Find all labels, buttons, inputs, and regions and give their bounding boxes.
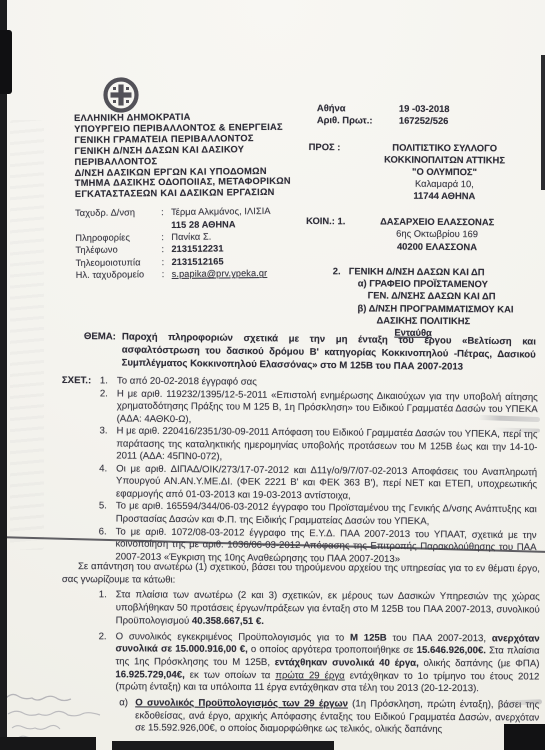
cc-lines: ΔΑΣΑΡΧΕΙΟ ΕΛΑΣΣΟΝΑΣ 6ης Οκτωβρίου 169 40… bbox=[358, 215, 516, 253]
item-number: 2. bbox=[98, 631, 115, 695]
text-segment-underlined: πρώτα 29 έργα bbox=[275, 670, 344, 681]
reference-text: Οι με αριθ. ΔΙΠΑΔ/ΟΙΚ/273/17-07-2012 και… bbox=[116, 463, 537, 504]
references-block: ΣΧΕΤ.: 1. Το από 20-02-2018 έγγραφό σας … bbox=[60, 375, 538, 567]
contact-info: Ταχυδρ. Δ/νση : Τέρμα Αλκμάνος, ΙΛΙΣΙΑ 1… bbox=[75, 205, 332, 282]
references-label-spacer bbox=[60, 526, 98, 564]
contact-label: Τηλεομοιοτυπία bbox=[76, 256, 162, 269]
contact-separator: : bbox=[161, 206, 171, 219]
reference-item: 2. Η με αριθ. 119232/1395/12-5-2011 «Επι… bbox=[62, 388, 538, 430]
text-segment: εκ των οποίων τα bbox=[185, 669, 276, 680]
cc-line: 40200 ΕΛΑΣΣΟΝΑ bbox=[358, 240, 516, 253]
recipient-lines: ΠΟΛΙΤΙΣΤΙΚΟ ΣΥΛΛΟΓΟ ΚΟΚΚΙΝΟΠΛΙΤΩΝ ΑΤΤΙΚΗ… bbox=[360, 142, 528, 203]
subject-label: ΘΕΜΑ: bbox=[84, 331, 122, 370]
reference-text: Η με αριθ. 220416/2351/30-09-2011 Απόφασ… bbox=[116, 426, 537, 467]
body-subitem-a: α) Ο συνολικός Προϋπολογισμός των 29 έργ… bbox=[61, 697, 539, 738]
contact-label: Ταχυδρ. Δ/νση bbox=[75, 206, 161, 219]
cc-line: β) Δ/ΝΣΗ ΠΡΟΓΡΑΜΜΑΤΙΣΜΟΥ ΚΑΙ bbox=[349, 302, 514, 315]
contact-label: Πληροφορίες bbox=[75, 231, 161, 244]
contact-row: Ηλ. ταχυδρομείο : s.papika@prv.ypeka.gr bbox=[76, 267, 332, 282]
text-segment: ολικής δαπάνης (με ΦΠΑ) bbox=[419, 658, 540, 670]
cc-label: ΚΟΙΝ.: 1. bbox=[305, 215, 358, 252]
date-protocol-recipients: Αθήνα 19 -03-2018 Αριθ. Πρωτ.: 167252/52… bbox=[304, 102, 538, 340]
text-segment: του ΠΑΑ 2007-2013, bbox=[387, 632, 492, 644]
scan-edge-left-blob bbox=[0, 30, 12, 94]
greek-state-emblem-icon bbox=[102, 76, 140, 114]
references-label: ΣΧΕΤ.: bbox=[62, 375, 100, 388]
body-text: Ο συνολικός Προϋπολογισμός των 29 έργων … bbox=[135, 697, 539, 737]
document-date: 19 -03-2018 bbox=[399, 103, 450, 116]
cc-number: 2. bbox=[332, 265, 349, 339]
scan-bar-bottom-middle bbox=[112, 741, 334, 750]
smudge-mark bbox=[10, 120, 44, 550]
cc-block-2: 2. ΓΕΝΙΚΗ Δ/ΝΣΗ ΔΑΣΩΝ ΚΑΙ ΔΠ α) ΓΡΑΦΕΙΟ … bbox=[304, 265, 537, 340]
protocol-row: Αριθ. Πρωτ.: 167252/526 bbox=[306, 114, 538, 128]
subject-block: ΘΕΜΑ: Παροχή πληροφοριών σχετικά με την … bbox=[84, 331, 536, 375]
cc-line: ΔΑΣΙΚΗΣ ΠΟΛΙΤΙΚΗΣ bbox=[348, 314, 513, 327]
references-label-spacer bbox=[62, 388, 100, 426]
reference-number: 6. bbox=[98, 526, 115, 564]
body-text: Στα πλαίσια των ανωτέρω (2 και 3) σχετικ… bbox=[116, 590, 540, 630]
text-segment: Στα πλαίσια των ανωτέρω (2 και 3) σχετικ… bbox=[116, 590, 540, 627]
cc-lines: ΓΕΝΙΚΗ Δ/ΝΣΗ ΔΑΣΩΝ ΚΑΙ ΔΠ α) ΓΡΑΦΕΙΟ ΠΡΟ… bbox=[348, 265, 513, 340]
body-item-1: 1. Στα πλαίσια των ανωτέρω (2 και 3) σχε… bbox=[62, 589, 540, 630]
scan-edge-left bbox=[0, 0, 7, 750]
text-segment: ο οποίος αργότερα τροποποιήθηκε σε bbox=[248, 644, 417, 656]
cc-line: α) ΓΡΑΦΕΙΟ ΠΡΟΪΣΤΑΜΕΝΟΥ bbox=[349, 277, 514, 290]
references-label-spacer bbox=[61, 425, 99, 463]
contact-label: Τηλέφωνο bbox=[75, 244, 161, 257]
reference-number: 4. bbox=[99, 463, 116, 501]
protocol-label: Αριθ. Πρωτ.: bbox=[306, 114, 399, 127]
recipient-line: 11744 ΑΘΗΝΑ bbox=[360, 189, 528, 202]
reference-number: 2. bbox=[100, 388, 117, 426]
scan-bar-bottom-left bbox=[0, 737, 96, 750]
body-item-2: 2. Ο συνολικός εγκεκριμένος Προϋπολογισμ… bbox=[61, 631, 539, 697]
reference-number: 5. bbox=[99, 501, 116, 526]
reference-number: 3. bbox=[99, 426, 116, 464]
text-segment: Ο συνολικός εγκεκριμένος Προϋπολογισμός … bbox=[116, 631, 350, 643]
body-text: Ο συνολικός εγκεκριμένος Προϋπολογισμός … bbox=[115, 631, 539, 697]
scan-edge-right bbox=[541, 55, 545, 190]
references-label-spacer bbox=[61, 500, 99, 525]
text-segment: Μ 125Β bbox=[350, 632, 387, 643]
pros-label: ΠΡΟΣ : bbox=[305, 141, 360, 201]
body-block: Σε απάντηση του ανωτέρω (1) σχετικού, βά… bbox=[61, 561, 540, 738]
org-line: ΕΓΚΑΤΑΣΤΑΣΕΩΝ ΚΑΙ ΔΑΣΙΚΩΝ ΕΡΓΑΣΙΩΝ bbox=[75, 187, 331, 201]
contact-label: Ηλ. ταχυδρομείο bbox=[76, 268, 162, 281]
protocol-number: 167252/526 bbox=[399, 115, 449, 128]
recipient-line: ΚΟΚΚΙΝΟΠΛΙΤΩΝ ΑΤΤΙΚΗΣ bbox=[361, 154, 529, 167]
cc-line: ΓΕΝΙΚΗ Δ/ΝΣΗ ΔΑΣΩΝ ΚΑΙ ΔΠ bbox=[349, 265, 514, 278]
ministry-header: ΕΛΛΗΝΙΚΗ ΔΗΜΟΚΡΑΤΙΑ ΥΠΟΥΡΓΕΙΟ ΠΕΡΙΒΑΛΛΟΝ… bbox=[74, 110, 332, 281]
cc-line: ΓΕΝ. Δ/ΝΣΗΣ ΔΑΣΩΝ ΚΑΙ ΔΠ bbox=[349, 290, 514, 303]
text-segment-amount: 15.646.926,00€. bbox=[417, 645, 486, 656]
contact-separator: : bbox=[161, 243, 171, 256]
text-segment-underlined: Ο συνολικός Προϋπολογισμός των 29 έργων bbox=[135, 697, 348, 709]
body-intro: Σε απάντηση του ανωτέρω (1) σχετικού, βά… bbox=[62, 561, 540, 589]
document-page: ΕΛΛΗΝΙΚΗ ΔΗΜΟΚΡΑΤΙΑ ΥΠΟΥΡΓΕΙΟ ΠΕΡΙΒΑΛΛΟΝ… bbox=[0, 0, 545, 750]
text-segment: εντάχθηκαν συνολικά 40 έργα, bbox=[275, 657, 419, 669]
city-label: Αθήνα bbox=[306, 102, 399, 115]
cc-line: ΔΑΣΑΡΧΕΙΟ ΕΛΑΣΣΟΝΑΣ bbox=[358, 215, 516, 228]
subject-text: Παροχή πληροφοριών σχετικά με την μη έντ… bbox=[122, 331, 536, 375]
contact-separator: : bbox=[161, 231, 171, 244]
scan-corner-bottom-right bbox=[504, 724, 545, 750]
handwriting-scribble-icon bbox=[2, 688, 132, 744]
references-label-spacer bbox=[61, 463, 99, 501]
contact-separator: : bbox=[162, 256, 172, 269]
contact-label bbox=[75, 219, 161, 232]
reference-text: Το με αριθ. 165594/344/06-03-2012 έγγραφ… bbox=[116, 501, 537, 530]
cc-line: 6ης Οκτωβρίου 169 bbox=[358, 228, 516, 241]
text-segment-amount: 40.358.667,51 €. bbox=[192, 615, 264, 626]
reference-number: 1. bbox=[100, 375, 117, 388]
contact-separator: : bbox=[162, 268, 172, 281]
reference-item: 4. Οι με αριθ. ΔΙΠΑΔ/ΟΙΚ/273/17-07-2012 … bbox=[61, 463, 537, 505]
text-segment-amount: 16.925.729,04€, bbox=[115, 669, 184, 680]
cc-block-1: ΚΟΙΝ.: 1. ΔΑΣΑΡΧΕΙΟ ΕΛΑΣΣΟΝΑΣ 6ης Οκτωβρ… bbox=[305, 215, 537, 254]
item-number: 1. bbox=[99, 590, 116, 628]
reference-text: Η με αριθ. 119232/1395/12-5-2011 «Επιστο… bbox=[117, 388, 538, 429]
reference-item: 3. Η με αριθ. 220416/2351/30-09-2011 Από… bbox=[61, 425, 537, 467]
contact-separator bbox=[161, 219, 171, 232]
recipient-block: ΠΡΟΣ : ΠΟΛΙΤΙΣΤΙΚΟ ΣΥΛΛΟΓΟ ΚΟΚΚΙΝΟΠΛΙΤΩΝ… bbox=[305, 141, 537, 202]
